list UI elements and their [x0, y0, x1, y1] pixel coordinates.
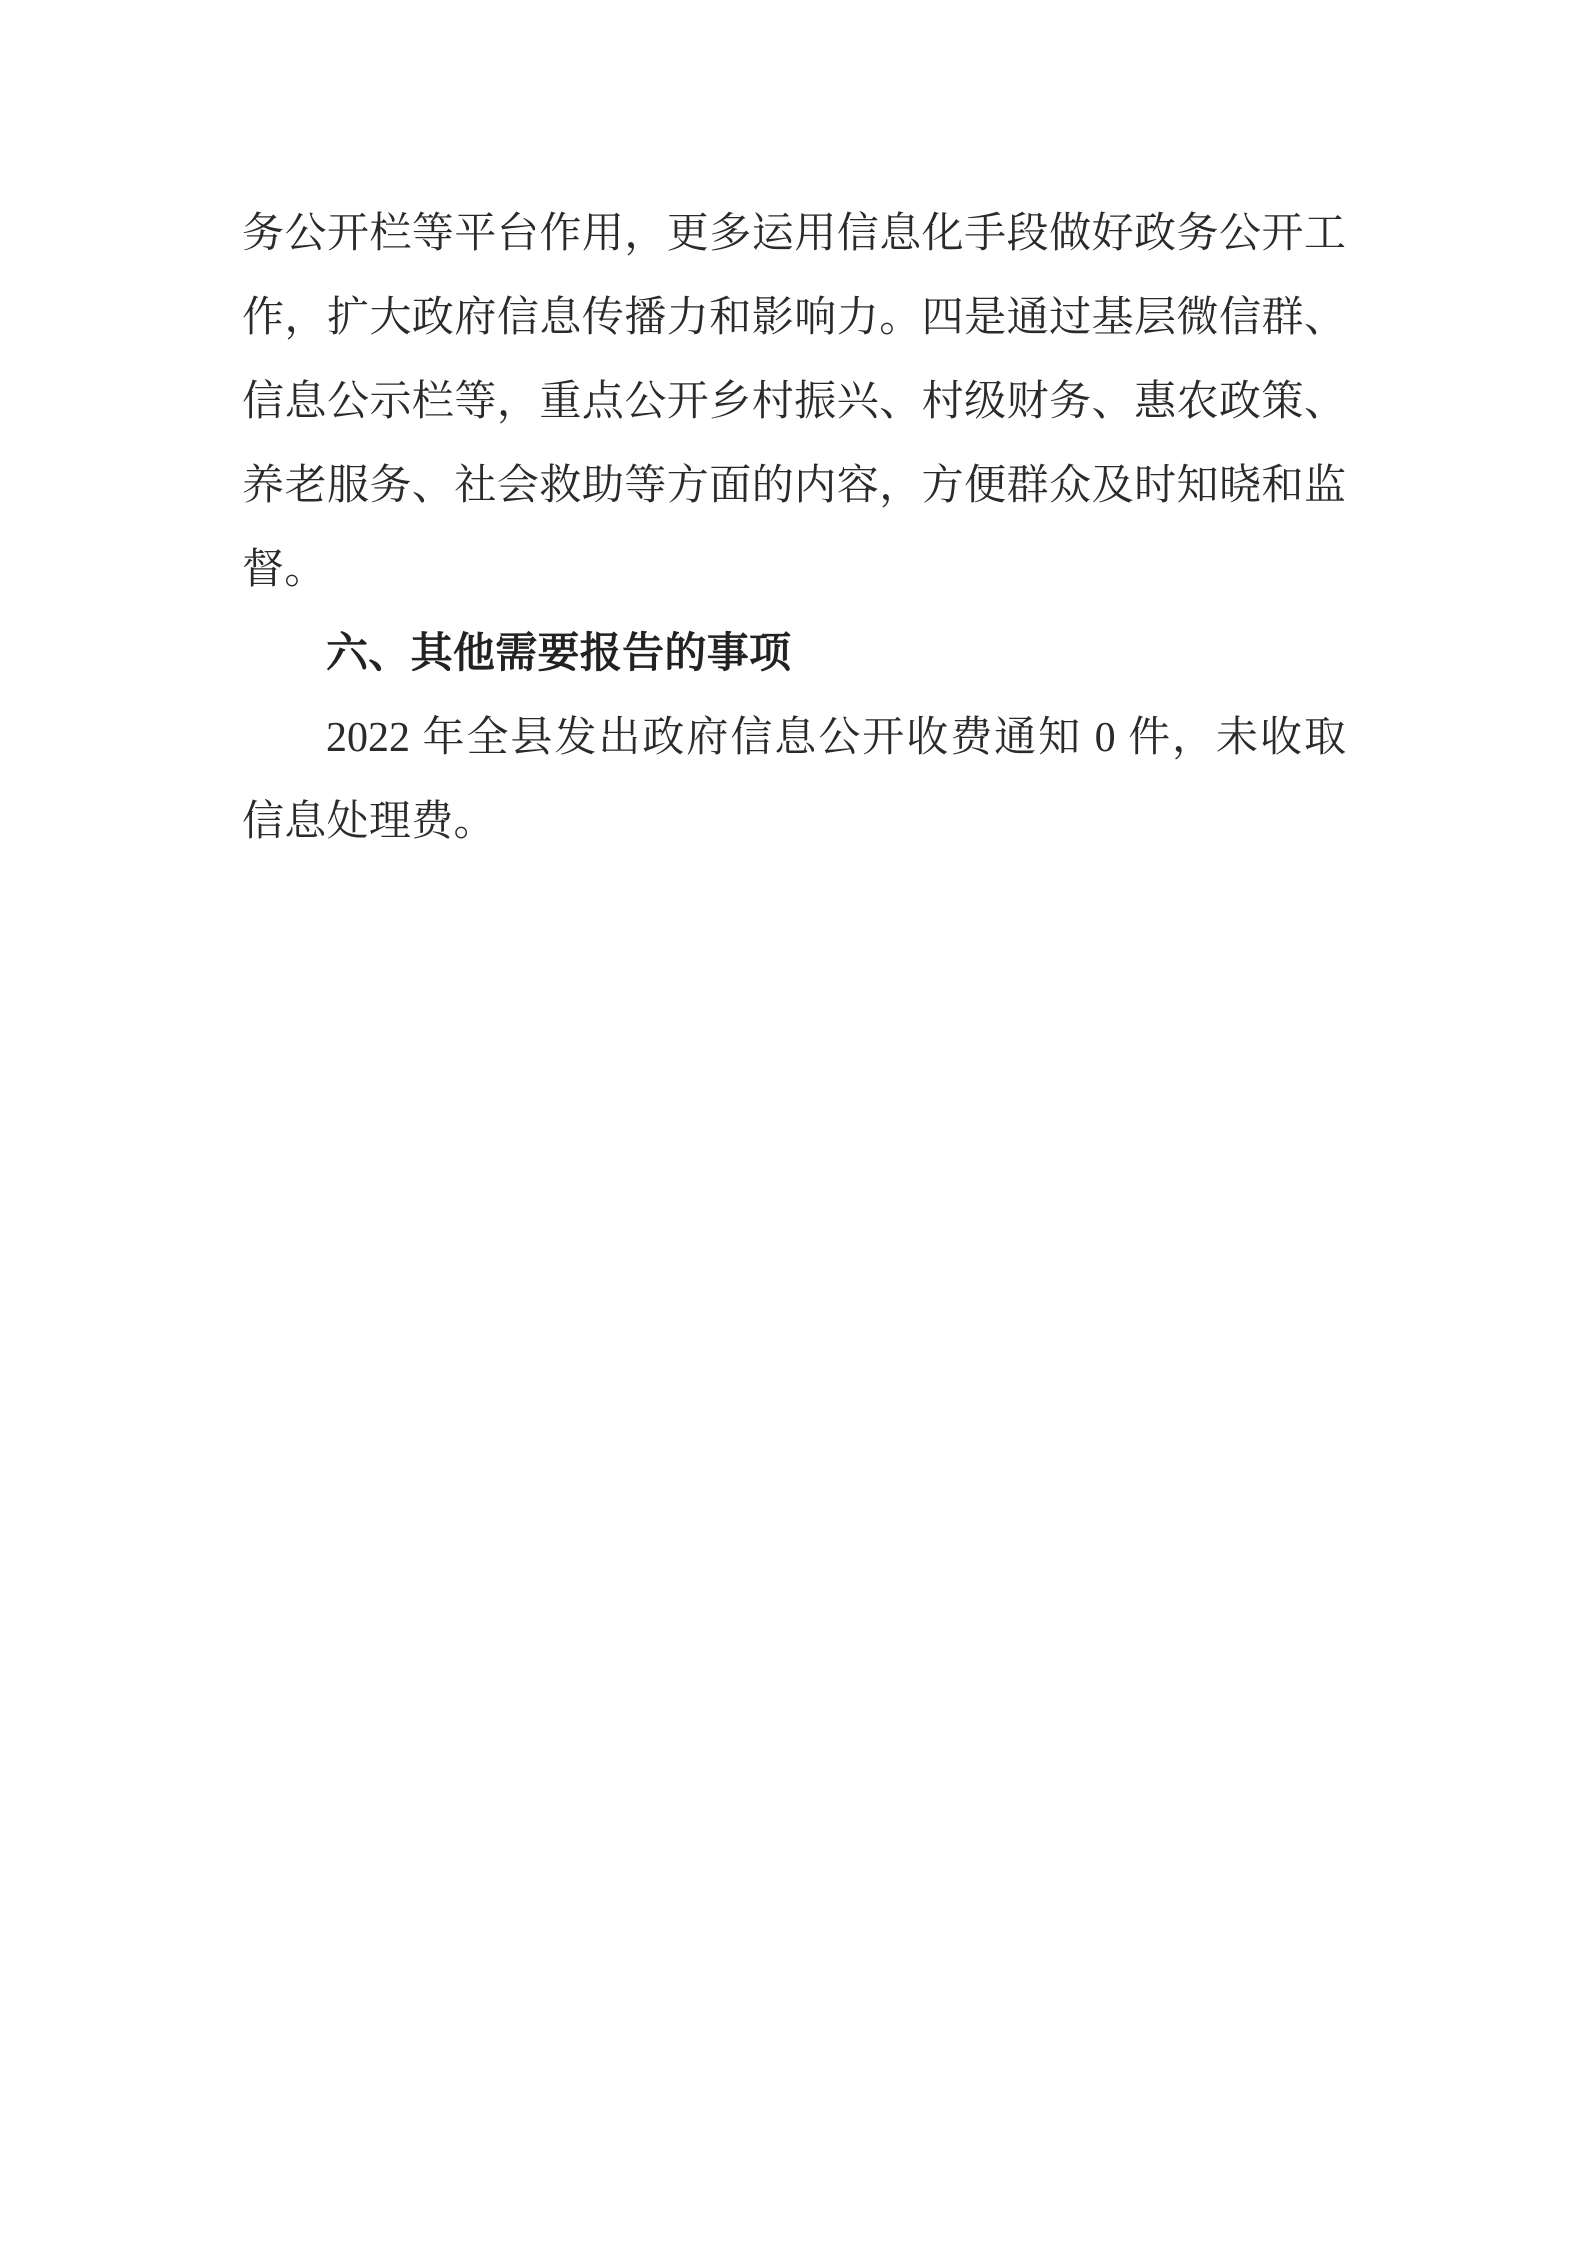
- body-line-3: 信息公示栏等，重点公开乡村振兴、村级财务、惠农政策、: [242, 360, 1346, 444]
- body-line-7: 信息处理费。: [242, 780, 1346, 864]
- body-line-5: 督。: [242, 528, 1346, 612]
- document-text-block: 务公开栏等平台作用，更多运用信息化手段做好政务公开工 作，扩大政府信息传播力和影…: [242, 192, 1346, 864]
- body-line-2: 作，扩大政府信息传播力和影响力。四是通过基层微信群、: [242, 276, 1346, 360]
- document-page: 务公开栏等平台作用，更多运用信息化手段做好政务公开工 作，扩大政府信息传播力和影…: [0, 0, 1587, 2245]
- body-line-4: 养老服务、社会救助等方面的内容，方便群众及时知晓和监: [242, 444, 1346, 528]
- body-line-1: 务公开栏等平台作用，更多运用信息化手段做好政务公开工: [242, 192, 1346, 276]
- body-line-6: 2022 年全县发出政府信息公开收费通知 0 件，未收取: [242, 696, 1346, 780]
- section-heading: 六、其他需要报告的事项: [242, 612, 1346, 696]
